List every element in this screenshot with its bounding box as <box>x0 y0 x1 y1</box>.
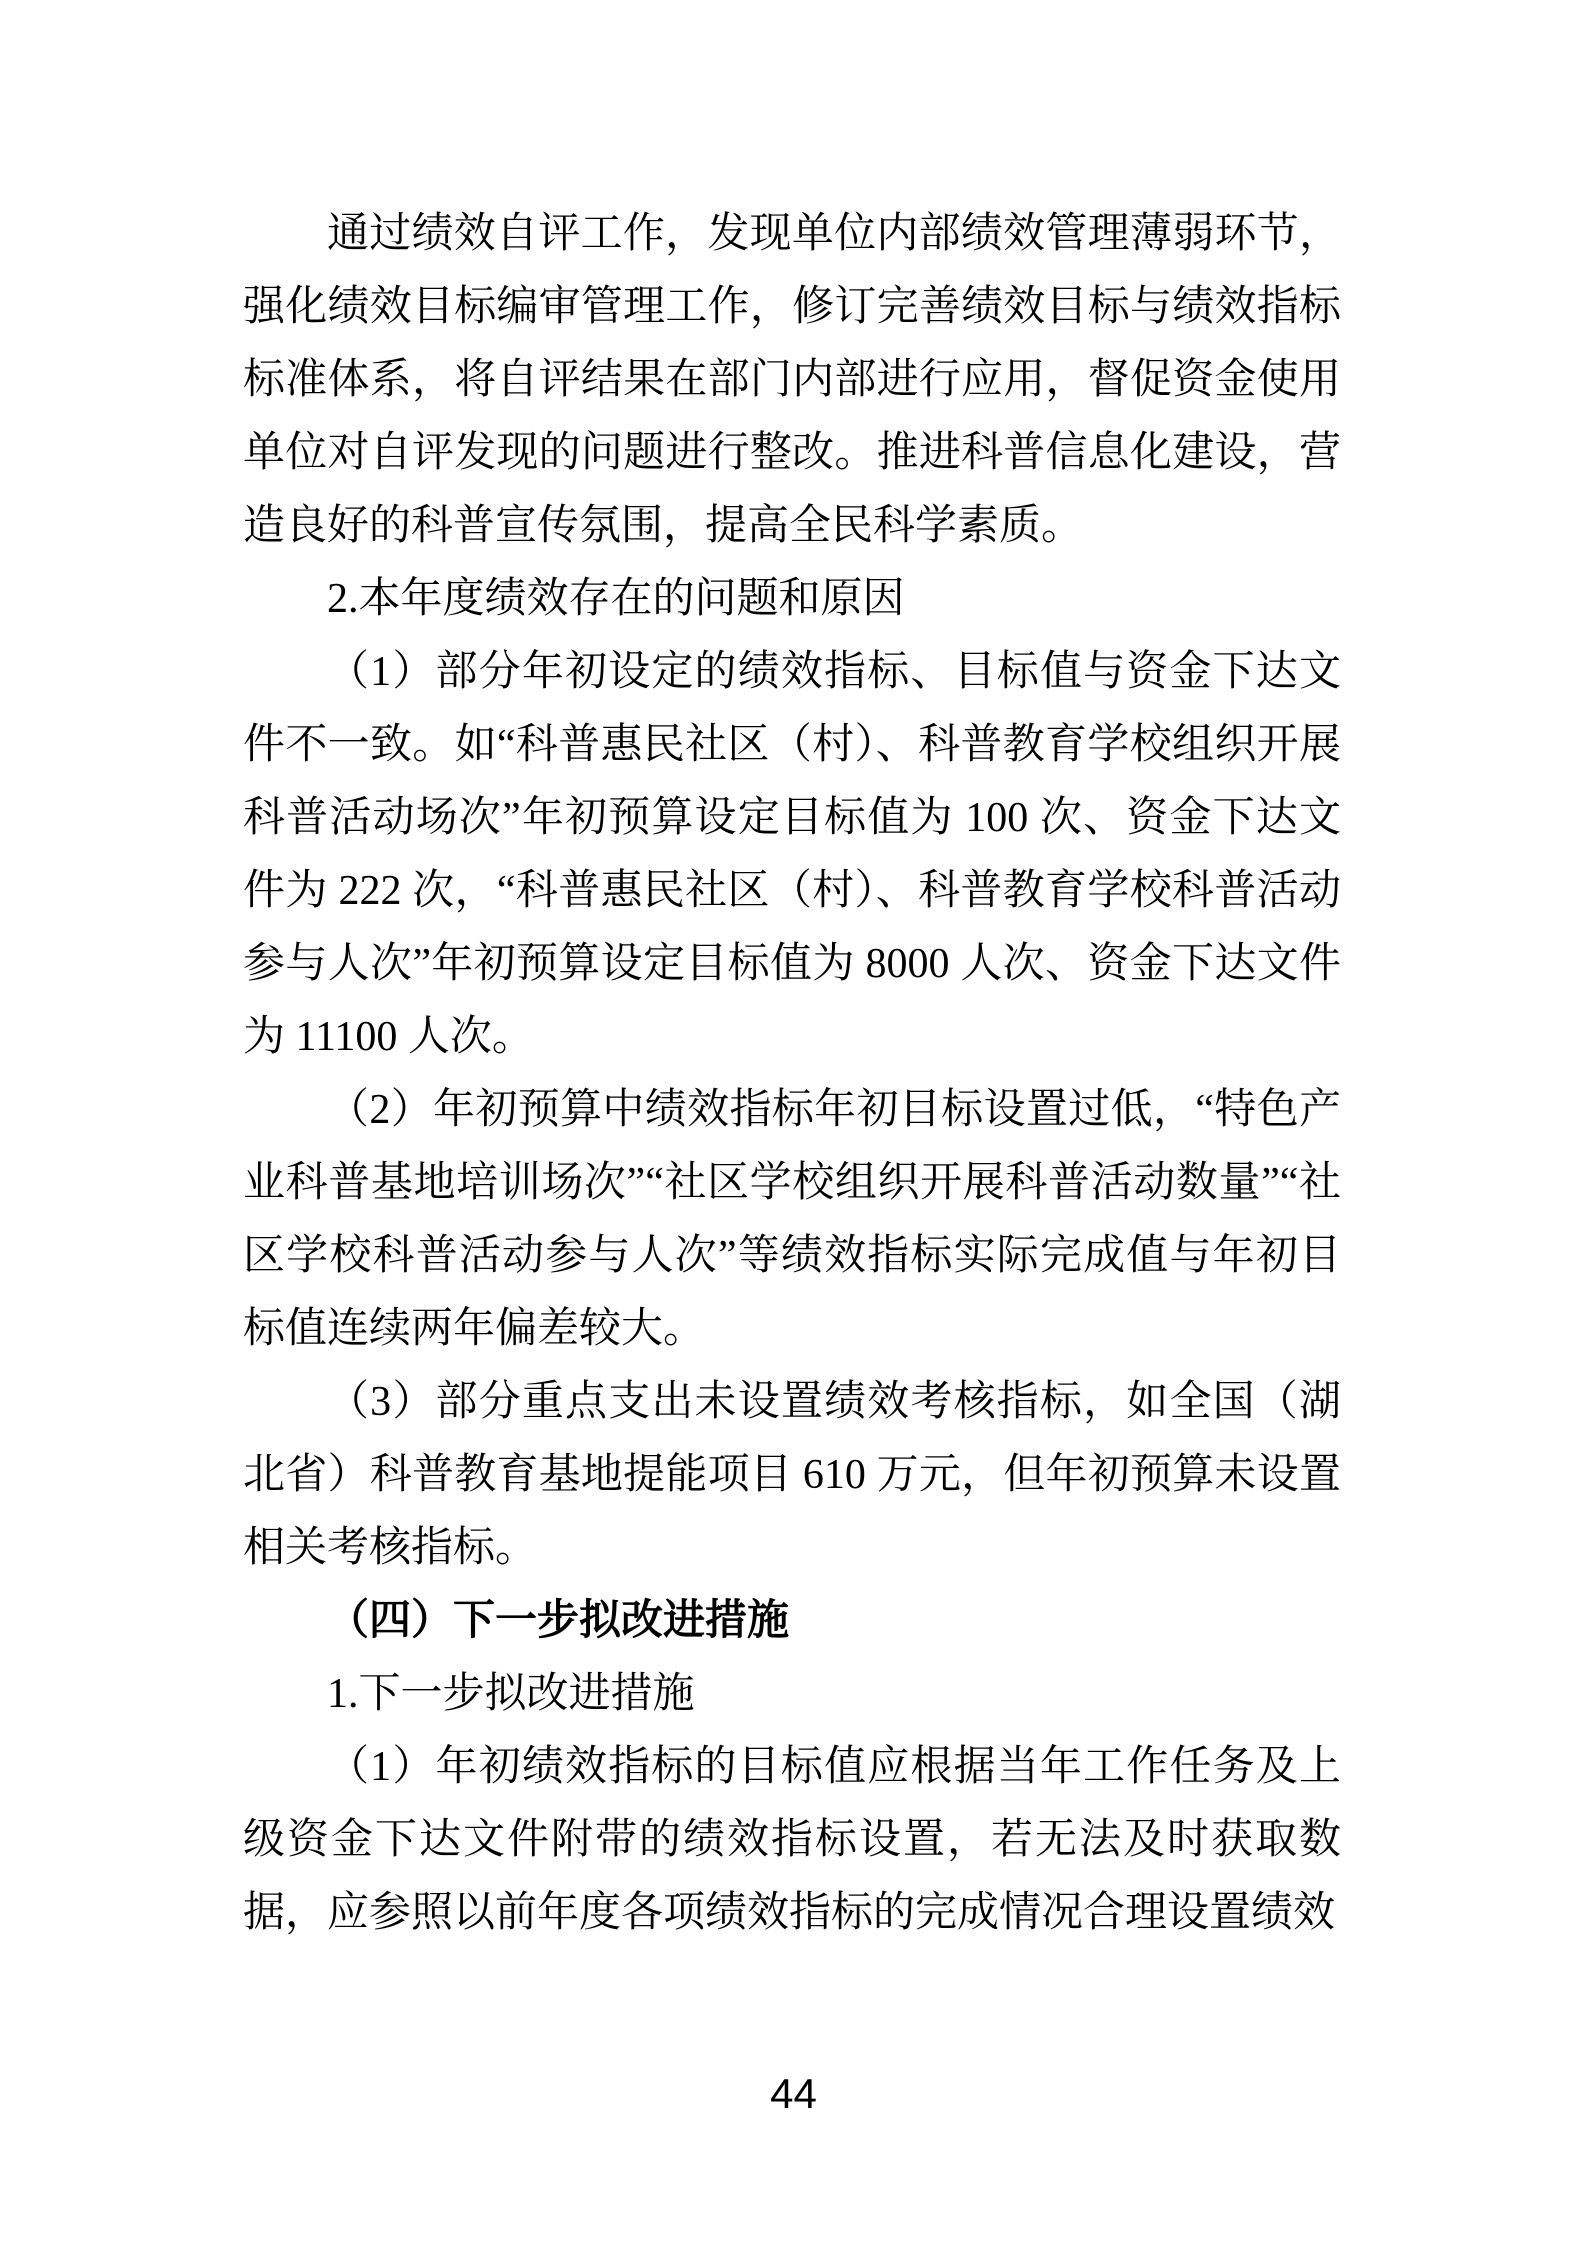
document-page: 通过绩效自评工作，发现单位内部绩效管理薄弱环节，强化绩效目标编审管理工作，修订完… <box>0 0 1587 2245</box>
page-number: 44 <box>0 2070 1587 2118</box>
paragraph-problem-2: （2）年初预算中绩效指标年初目标设置过低，“特色产业科普基地培训场次”“社区学校… <box>243 1074 1341 1366</box>
item-2-problems-heading: 2.本年度绩效存在的问题和原因 <box>243 563 1341 636</box>
paragraph-problem-3: （3）部分重点支出未设置绩效考核指标，如全国（湖北省）科普教育基地提能项目 61… <box>243 1366 1341 1585</box>
paragraph-problem-1: （1）部分年初设定的绩效指标、目标值与资金下达文件不一致。如“科普惠民社区（村）… <box>243 636 1341 1074</box>
heading-section-four-improvement-measures: （四）下一步拟改进措施 <box>243 1585 1341 1658</box>
item-1-improvement-measures: 1.下一步拟改进措施 <box>243 1658 1341 1731</box>
paragraph-measure-1: （1）年初绩效指标的目标值应根据当年工作任务及上级资金下达文件附带的绩效指标设置… <box>243 1731 1341 1950</box>
paragraph-self-evaluation-summary: 通过绩效自评工作，发现单位内部绩效管理薄弱环节，强化绩效目标编审管理工作，修订完… <box>243 198 1341 563</box>
text-block: 通过绩效自评工作，发现单位内部绩效管理薄弱环节，强化绩效目标编审管理工作，修订完… <box>243 198 1341 1950</box>
